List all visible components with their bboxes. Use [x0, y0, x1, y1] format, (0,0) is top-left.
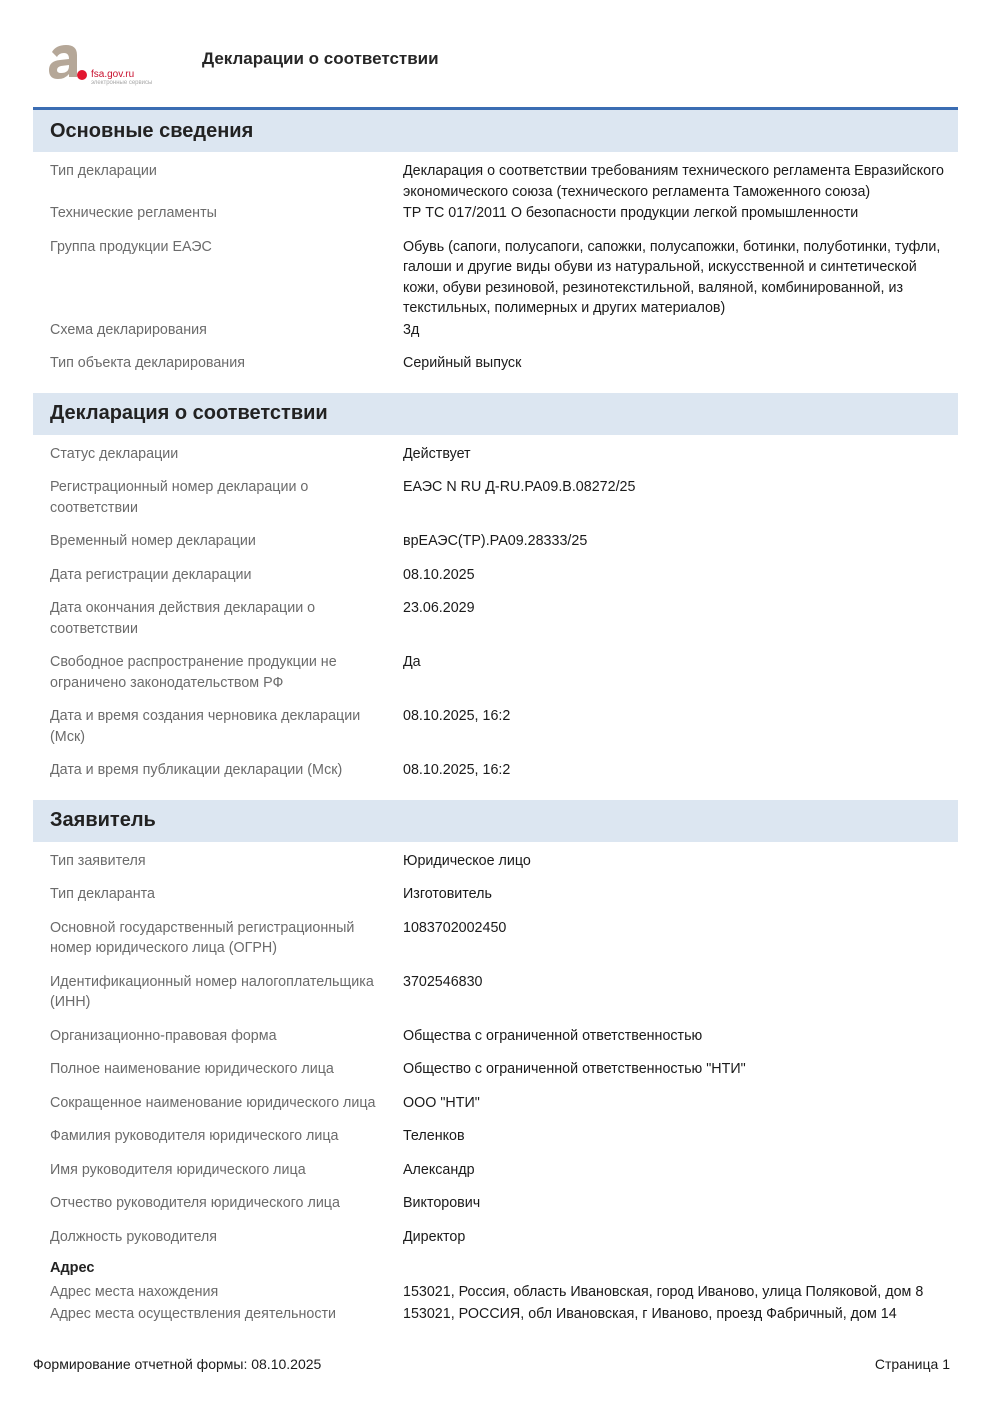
- document-body: Основные сведения Тип декларации Деклара…: [33, 107, 958, 1343]
- page-number: Страница 1: [875, 1356, 950, 1372]
- page-header: fsa.gov.ru электронные сервисы Деклараци…: [0, 0, 1000, 100]
- field-value: Викторович: [403, 1193, 958, 1214]
- field-value: Директор: [403, 1227, 958, 1248]
- field-label: Тип декларанта: [33, 884, 403, 905]
- legal-address: 153021, Россия, область Ивановская, горо…: [403, 1282, 958, 1303]
- field-value: Изготовитель: [403, 884, 958, 905]
- field-row: Основной государственный регистрационный…: [33, 918, 958, 959]
- field-row: Дата и время создания черновика декларац…: [33, 706, 958, 747]
- field-row: Должность руководителя Директор: [33, 1227, 958, 1248]
- field-label: Полное наименование юридического лица: [33, 1059, 403, 1080]
- field-row: Дата регистрации декларации 08.10.2025: [33, 565, 958, 586]
- logo-subtitle: электронные сервисы: [91, 80, 152, 86]
- temporary-number: врЕАЭС(ТР).РА09.28333/25: [403, 531, 958, 552]
- field-label: Регистрационный номер декларации о соотв…: [33, 477, 403, 518]
- field-row: Временный номер декларации врЕАЭС(ТР).РА…: [33, 531, 958, 552]
- field-row: Статус декларации Действует: [33, 444, 958, 465]
- field-row: Тип декларации Декларация о соответствии…: [33, 161, 958, 202]
- report-generated-date: Формирование отчетной формы: 08.10.2025: [33, 1356, 321, 1372]
- field-value: Общества с ограниченной ответственностью: [403, 1026, 958, 1047]
- section-header-declaration: Декларация о соответствии: [33, 393, 958, 435]
- activity-address: 153021, РОССИЯ, обл Ивановская, г Иванов…: [403, 1304, 958, 1325]
- field-label: Группа продукции ЕАЭС: [33, 237, 403, 319]
- field-value: 08.10.2025, 16:2: [403, 706, 958, 747]
- field-row: Дата окончания действия декларации о соо…: [33, 598, 958, 639]
- document-title: Декларации о соответствии: [202, 49, 439, 69]
- field-label: Тип декларации: [33, 161, 403, 202]
- field-row: Регистрационный номер декларации о соотв…: [33, 477, 958, 518]
- section-declaration-rows: Статус декларации Действует Регистрацион…: [33, 435, 958, 800]
- field-label: Дата и время создания черновика декларац…: [33, 706, 403, 747]
- field-row: Тип объекта декларирования Серийный выпу…: [33, 353, 958, 374]
- field-row: Сокращенное наименование юридического ли…: [33, 1093, 958, 1114]
- field-value: 08.10.2025, 16:2: [403, 760, 958, 781]
- field-label: Отчество руководителя юридического лица: [33, 1193, 403, 1214]
- field-label: Основной государственный регистрационный…: [33, 918, 403, 959]
- section-basic-rows: Тип декларации Декларация о соответствии…: [33, 152, 958, 393]
- field-row: Имя руководителя юридического лица Алекс…: [33, 1160, 958, 1181]
- field-label: Временный номер декларации: [33, 531, 403, 552]
- section-applicant-rows: Тип заявителя Юридическое лицо Тип декла…: [33, 842, 958, 1344]
- declaration-status: Действует: [403, 444, 958, 465]
- address-subheading: Адрес: [33, 1260, 958, 1276]
- field-row: Схема декларирования 3д: [33, 320, 958, 341]
- expiry-date: 23.06.2029: [403, 598, 958, 639]
- field-value: Общество с ограниченной ответственностью…: [403, 1059, 958, 1080]
- inn-value: 3702546830: [403, 972, 958, 1013]
- field-label: Тип заявителя: [33, 851, 403, 872]
- field-value: Да: [403, 652, 958, 693]
- field-row: Адрес места нахождения 153021, Россия, о…: [33, 1282, 958, 1303]
- field-label: Сокращенное наименование юридического ли…: [33, 1093, 403, 1114]
- field-value: ООО "НТИ": [403, 1093, 958, 1114]
- field-value: Обувь (сапоги, полусапоги, сапожки, полу…: [403, 237, 958, 319]
- field-label: Адрес места нахождения: [33, 1282, 403, 1303]
- field-row: Свободное распространение продукции не о…: [33, 652, 958, 693]
- field-label: Статус декларации: [33, 444, 403, 465]
- field-row: Адрес места осуществления деятельности 1…: [33, 1304, 958, 1325]
- page-footer: Формирование отчетной формы: 08.10.2025 …: [33, 1356, 950, 1372]
- field-label: Организационно-правовая форма: [33, 1026, 403, 1047]
- field-label: Дата окончания действия декларации о соо…: [33, 598, 403, 639]
- field-row: Тип заявителя Юридическое лицо: [33, 851, 958, 872]
- field-row: Идентификационный номер налогоплательщик…: [33, 972, 958, 1013]
- field-row: Группа продукции ЕАЭС Обувь (сапоги, пол…: [33, 237, 958, 319]
- field-value: ТР ТС 017/2011 О безопасности продукции …: [403, 203, 958, 224]
- logo-dot-icon: [77, 70, 87, 80]
- field-row: Полное наименование юридического лица Об…: [33, 1059, 958, 1080]
- field-value: Декларация о соответствии требованиям те…: [403, 161, 958, 202]
- registration-date: 08.10.2025: [403, 565, 958, 586]
- field-row: Технические регламенты ТР ТС 017/2011 О …: [33, 203, 958, 224]
- section-header-basic: Основные сведения: [33, 110, 958, 152]
- field-label: Адрес места осуществления деятельности: [33, 1304, 403, 1325]
- registration-number: ЕАЭС N RU Д-RU.РА09.В.08272/25: [403, 477, 958, 518]
- field-row: Дата и время публикации декларации (Мск)…: [33, 760, 958, 781]
- fsa-logo[interactable]: fsa.gov.ru электронные сервисы: [46, 44, 176, 90]
- field-value: Серийный выпуск: [403, 353, 958, 374]
- section-header-applicant: Заявитель: [33, 800, 958, 842]
- field-value: Теленков: [403, 1126, 958, 1147]
- logo-site-text: fsa.gov.ru: [91, 69, 134, 80]
- field-row: Фамилия руководителя юридического лица Т…: [33, 1126, 958, 1147]
- field-label: Имя руководителя юридического лица: [33, 1160, 403, 1181]
- field-label: Идентификационный номер налогоплательщик…: [33, 972, 403, 1013]
- field-label: Тип объекта декларирования: [33, 353, 403, 374]
- field-value: Александр: [403, 1160, 958, 1181]
- field-label: Свободное распространение продукции не о…: [33, 652, 403, 693]
- field-row: Тип декларанта Изготовитель: [33, 884, 958, 905]
- field-label: Технические регламенты: [33, 203, 403, 224]
- field-label: Дата и время публикации декларации (Мск): [33, 760, 403, 781]
- field-row: Организационно-правовая форма Общества с…: [33, 1026, 958, 1047]
- field-row: Отчество руководителя юридического лица …: [33, 1193, 958, 1214]
- field-label: Фамилия руководителя юридического лица: [33, 1126, 403, 1147]
- field-label: Схема декларирования: [33, 320, 403, 341]
- field-value: Юридическое лицо: [403, 851, 958, 872]
- field-label: Дата регистрации декларации: [33, 565, 403, 586]
- field-label: Должность руководителя: [33, 1227, 403, 1248]
- field-value: 3д: [403, 320, 958, 341]
- ogrn-value: 1083702002450: [403, 918, 958, 959]
